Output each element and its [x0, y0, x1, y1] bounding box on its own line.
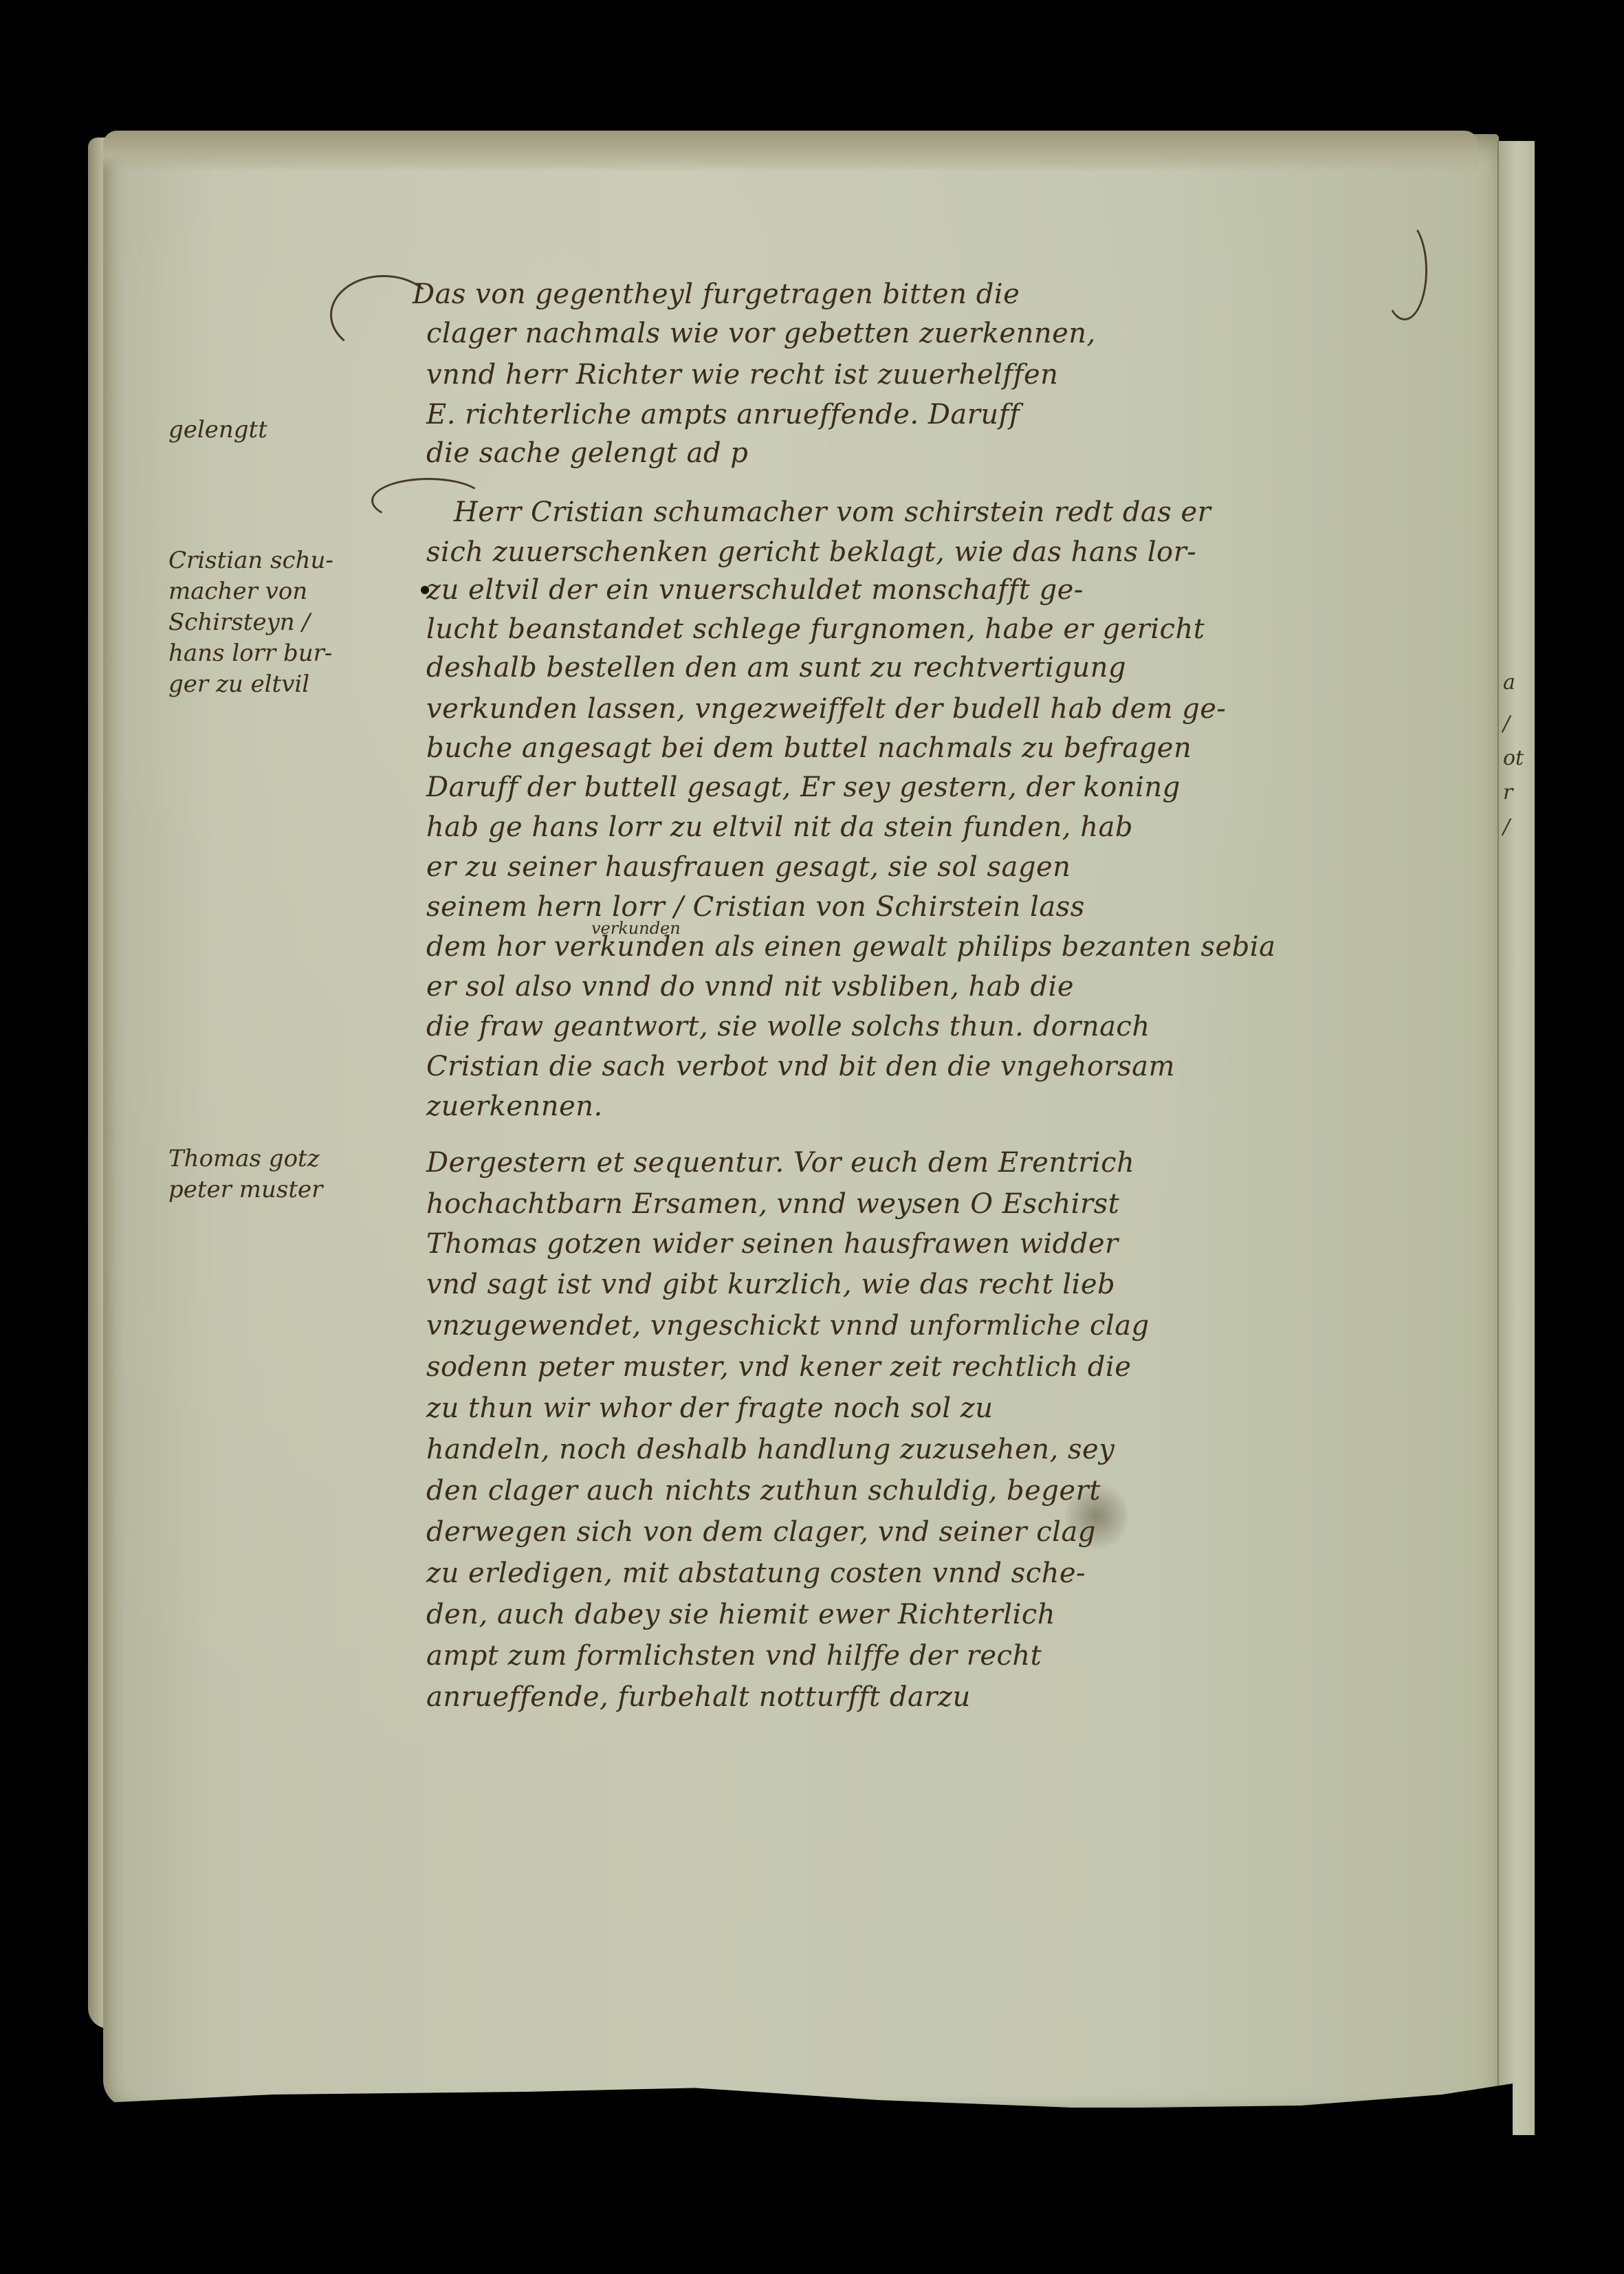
text-line: die sache gelengt ad p — [426, 437, 748, 469]
facing-page-fragment: r — [1503, 780, 1513, 805]
text-line: hochachtbarn Ersamen, vnnd weysen O Esch… — [426, 1188, 1119, 1220]
text-line: verkunden lassen, vngezweiffelt der bude… — [426, 693, 1226, 725]
facing-page-fragment: a — [1503, 670, 1515, 695]
text-line: Herr Cristian schumacher vom schirstein … — [454, 496, 1211, 528]
text-line: Cristian die sach verbot vnd bit den die… — [426, 1051, 1175, 1082]
text-line: Dergestern et sequentur. Vor euch dem Er… — [426, 1147, 1134, 1179]
text-line: handeln, noch deshalb handlung zuzusehen… — [426, 1434, 1115, 1465]
text-line: zu erledigen, mit abstatung costen vnnd … — [426, 1557, 1086, 1589]
text-line: vnnd herr Richter wie recht ist zuuerhel… — [426, 359, 1058, 391]
margin-note-line: macher von — [168, 574, 307, 609]
margin-note-line: Thomas gotz — [168, 1141, 320, 1176]
text-line: dem hor verkunden als einen gewalt phili… — [426, 931, 1275, 963]
text-line: anrueffende, furbehalt notturfft darzu — [426, 1681, 971, 1713]
facing-page-fragment: ot — [1503, 746, 1524, 770]
text-line: Thomas gotzen wider seinen hausfrawen wi… — [426, 1228, 1119, 1260]
margin-note-line: Schirsteyn / — [168, 605, 310, 639]
facing-page-fragment: / — [1503, 712, 1510, 736]
text-line: seinem hern lorr / Cristian von Schirste… — [426, 891, 1085, 923]
text-line: zu eltvil der ein vnuerschuldet monschaf… — [426, 574, 1084, 606]
margin-note-line: peter muster — [168, 1172, 322, 1207]
margin-note-line: gelengtt — [168, 413, 267, 447]
text-line: lucht beanstandet schlege furgnomen, hab… — [426, 613, 1205, 645]
text-line: die fraw geantwort, sie wolle solchs thu… — [426, 1011, 1150, 1042]
facing-page-edge: a / ot r / — [1497, 141, 1535, 2135]
margin-note-line: Cristian schu- — [168, 543, 333, 578]
text-line: den, auch dabey sie hiemit ewer Richterl… — [426, 1599, 1055, 1630]
text-line: zuerkennen. — [426, 1091, 603, 1122]
text-line: er zu seiner hausfrauen gesagt, sie sol … — [426, 851, 1071, 883]
text-line: clager nachmals wie vor gebetten zuerken… — [426, 318, 1096, 349]
text-line: er sol also vnnd do vnnd nit vsbliben, h… — [426, 971, 1074, 1003]
text-line: sich zuuerschenken gericht beklagt, wie … — [426, 536, 1196, 568]
text-line: Daruff der buttell gesagt, Er sey gester… — [426, 772, 1181, 803]
text-line: den clager auch nichts zuthun schuldig, … — [426, 1475, 1101, 1507]
text-line: zu thun wir whor der fragte noch sol zu — [426, 1392, 994, 1424]
margin-note-line: ger zu eltvil — [168, 667, 309, 701]
interlinear-insertion: verkunden — [591, 919, 681, 938]
text-line: deshalb bestellen den am sunt zu rechtve… — [426, 652, 1126, 684]
text-line: vnzugewendet, vngeschickt vnnd unformlic… — [426, 1310, 1150, 1342]
text-line: sodenn peter muster, vnd kener zeit rech… — [426, 1351, 1131, 1383]
page-top-edge — [103, 131, 1478, 172]
text-line: derwegen sich von dem clager, vnd seiner… — [426, 1516, 1096, 1548]
text-line: hab ge hans lorr zu eltvil nit da stein … — [426, 811, 1133, 843]
text-line: E. richterliche ampts anrueffende. Daruf… — [426, 399, 1020, 430]
text-line: buche angesagt bei dem buttel nachmals z… — [426, 732, 1192, 764]
facing-page-fragment: / — [1503, 815, 1510, 839]
text-line: Das von gegentheyl furgetragen bitten di… — [413, 278, 1020, 310]
margin-note-line: hans lorr bur- — [168, 636, 332, 670]
corner-flourish-icon — [1382, 220, 1427, 320]
text-line: ampt zum formlichsten vnd hilffe der rec… — [426, 1640, 1042, 1672]
text-line: vnd sagt ist vnd gibt kurzlich, wie das … — [426, 1269, 1115, 1300]
